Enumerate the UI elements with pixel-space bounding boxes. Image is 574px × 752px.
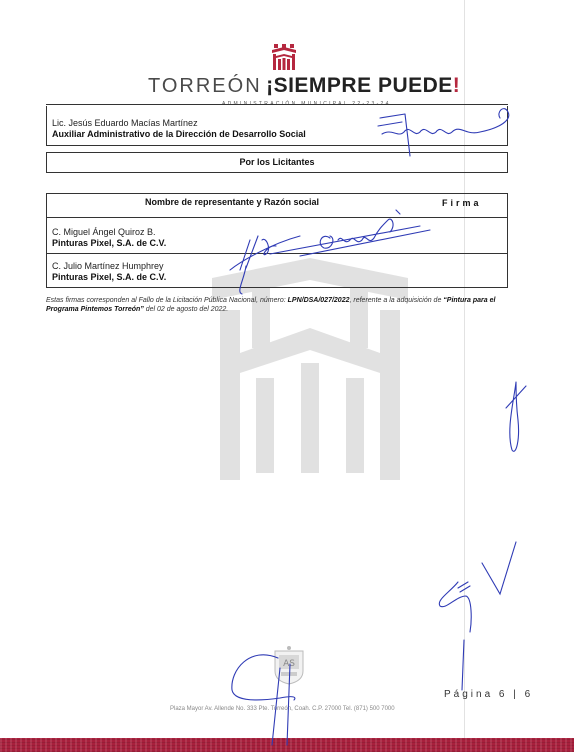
licitantes-heading-box: Por los Licitantes (46, 152, 508, 173)
licitantes-heading: Por los Licitantes (47, 157, 507, 167)
table-row: C. Miguel Ángel Quiroz B. Pinturas Pixel… (47, 218, 507, 254)
signatures-table: Nombre de representante y Razón social F… (46, 193, 508, 288)
footer-address: Plaza Mayor Av. Allende No. 333 Pte. Tor… (170, 706, 395, 712)
table-row: C. Julio Martínez Humphrey Pinturas Pixe… (47, 254, 507, 288)
footnote: Estas firmas corresponden al Fallo de la… (46, 296, 526, 314)
header-divider (46, 104, 508, 105)
margin-initial-bottom (439, 542, 516, 632)
brand-wordmark: TORREÓN ¡SIEMPRE PUEDE! (148, 74, 438, 102)
official-name: Lic. Jesús Eduardo Macías Martínez (52, 118, 198, 128)
representative-name: C. Julio Martínez Humphrey (52, 261, 164, 271)
city-name: TORREÓN (148, 75, 262, 97)
official-signature-block: Lic. Jesús Eduardo Macías Martínez Auxil… (46, 106, 508, 146)
table-header: Nombre de representante y Razón social F… (47, 194, 507, 218)
company-name: Pinturas Pixel, S.A. de C.V. (52, 272, 166, 282)
company-name: Pinturas Pixel, S.A. de C.V. (52, 238, 166, 248)
column-header-signature: Firma (442, 198, 482, 208)
margin-initial-top (506, 382, 526, 451)
footer-decorative-band (0, 738, 574, 752)
representative-name: C. Miguel Ángel Quiroz B. (52, 227, 156, 237)
slogan: ¡SIEMPRE PUEDE! (266, 74, 460, 97)
official-role: Auxiliar Administrativo de la Dirección … (52, 129, 306, 139)
column-header-name: Nombre de representante y Razón social (47, 197, 417, 207)
torreon-watermark-logo (212, 258, 408, 483)
torreon-castle-icon (272, 44, 296, 70)
coat-of-arms-icon: AS (272, 645, 306, 685)
page-number: Página 6 | 6 (444, 689, 533, 700)
document-page: TORREÓN ¡SIEMPRE PUEDE! ADMINISTRACIÓN M… (0, 0, 574, 752)
svg-text:AS: AS (283, 659, 295, 669)
